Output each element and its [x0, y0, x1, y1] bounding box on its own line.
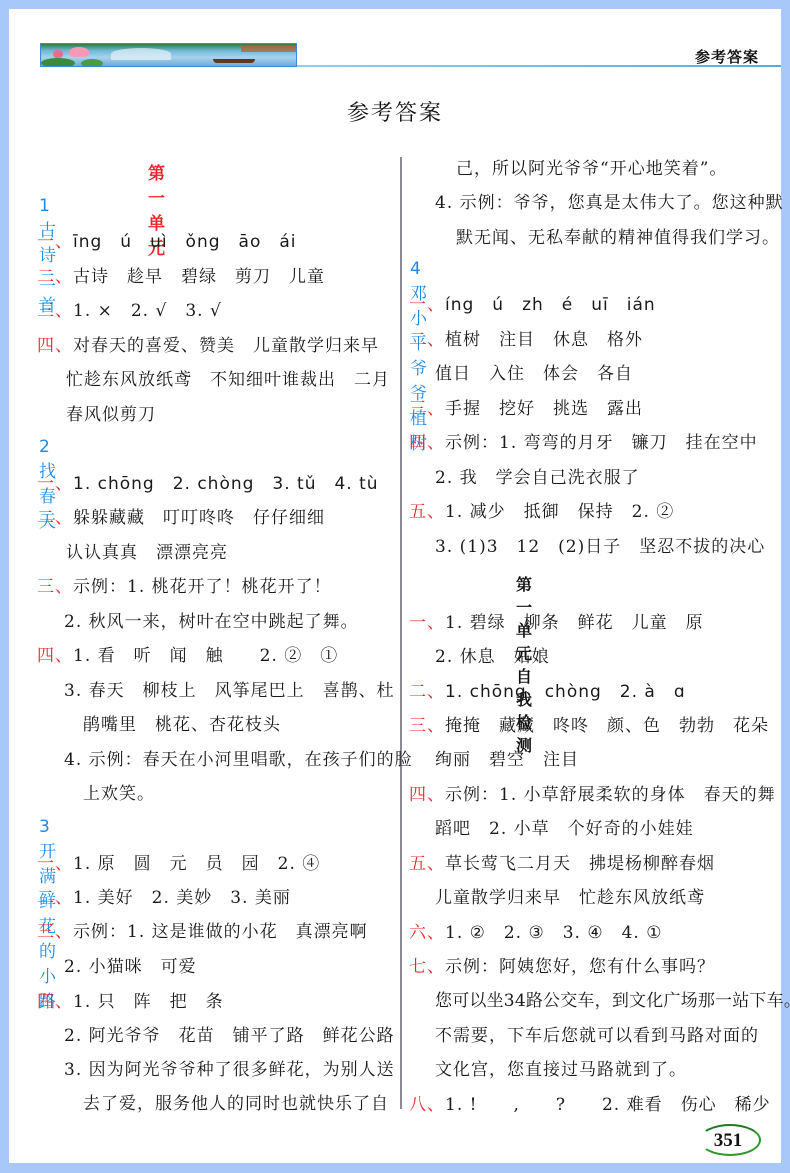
question-marker: 七、: [409, 957, 445, 977]
answer-text: 1. ② 2. ③ 3. ④ 4. ①: [445, 923, 662, 943]
answer-line: 五、1. 减少 抵御 保持 2. ②: [409, 498, 674, 526]
answer-line: 忙趁东风放纸鸢 不知细叶谁裁出 二月: [66, 366, 390, 394]
answer-text: 草长莺飞二月天 拂堤杨柳醉春烟: [445, 854, 715, 874]
answer-line: 二、1. 美好 2. 美妙 3. 美丽: [37, 884, 291, 912]
question-marker: 五、: [409, 502, 445, 522]
answer-line: 值日 入住 体会 各自: [435, 360, 633, 388]
answer-line: 您可以坐34路公交车，到文化广场那一站下车。: [435, 987, 790, 1015]
bridge-shape: [241, 46, 296, 52]
boat-icon: [213, 59, 255, 63]
answer-line: 默无闻、无私奉献的精神值得我们学习。: [456, 224, 780, 252]
answer-text: 示例：1. 桃花开了！桃花开了！: [73, 577, 332, 597]
question-marker: 八、: [409, 1095, 445, 1115]
answer-line: 四、1. 只 阵 把 条: [37, 988, 224, 1016]
question-marker: 二、: [37, 508, 73, 528]
answer-text: 1. 减少 抵御 保持 2. ②: [445, 502, 674, 522]
answer-line: 绚丽 碧空 注目: [435, 746, 579, 774]
question-marker: 二、: [37, 267, 73, 287]
answer-text: 1. × 2. √ 3. √: [73, 301, 222, 321]
answer-line: 3. (1)3 12 (2)日子 坚忍不拔的决心: [435, 533, 765, 561]
page-number: 351: [699, 1130, 757, 1152]
answer-line: 三、掩掩 藏藏 咚咚 颜、色 勃勃 花朵: [409, 712, 769, 740]
answer-text: 示例：1. 这是谁做的小花 真漂亮啊: [73, 922, 368, 942]
question-marker: 四、: [37, 336, 73, 356]
answer-text: 对春天的喜爱、赞美 儿童散学归来早: [73, 336, 379, 356]
answer-line: 2. 小猫咪 可爱: [64, 953, 197, 981]
answer-text: 1. ! , ? 2. 难看 伤心 稀少: [445, 1095, 771, 1115]
answer-line: 四、示例：1. 小草舒展柔软的身体 春天的舞: [409, 781, 776, 809]
answer-line: 五、草长莺飞二月天 拂堤杨柳醉春烟: [409, 850, 715, 878]
answer-line: 鹃嘴里 桃花、杏花枝头: [83, 711, 281, 739]
answer-line: 七、示例：阿姨您好，您有什么事吗？: [409, 953, 715, 981]
answer-line: 2. 休息 姑娘: [435, 643, 550, 671]
column-divider: [400, 157, 402, 1109]
lesson-number: 3: [39, 817, 65, 837]
answer-page: 参考答案 参考答案 第一单元 1古诗二首 一、īng ú uì ǒng āo á…: [9, 9, 781, 1163]
question-marker: 三、: [409, 399, 445, 419]
lesson-number: 1: [39, 196, 65, 216]
answer-line: 文化宫，您直接过马路就到了。: [435, 1056, 687, 1084]
answer-text: 示例：1. 弯弯的月牙 镰刀 挂在空中: [445, 433, 758, 453]
answer-line: 2. 秋风一来，树叶在空中跳起了舞。: [64, 608, 359, 636]
answer-text: 示例：1. 小草舒展柔软的身体 春天的舞: [445, 785, 776, 805]
page-title: 参考答案: [9, 96, 781, 127]
lotus-flower-icon: [69, 47, 89, 57]
question-marker: 一、: [409, 613, 445, 633]
answer-text: 1. chōng chòng 2. à ɑ: [445, 682, 686, 702]
answer-text: 示例：阿姨您好，您有什么事吗？: [445, 957, 715, 977]
question-marker: 一、: [409, 295, 445, 315]
answer-line: 去了爱，服务他人的同时也就快乐了自: [83, 1090, 389, 1118]
answer-line: 三、手握 挖好 挑选 露出: [409, 395, 643, 423]
question-marker: 三、: [37, 301, 73, 321]
answer-text: 掩掩 藏藏 咚咚 颜、色 勃勃 花朵: [445, 716, 769, 736]
answer-text: 古诗 趁早 碧绿 剪刀 儿童: [73, 267, 325, 287]
answer-text: 植树 注目 休息 格外: [445, 330, 643, 350]
running-head: 参考答案: [695, 46, 759, 67]
lotus-leaf-icon: [41, 58, 75, 67]
answer-text: 手握 挖好 挑选 露出: [445, 399, 643, 419]
question-marker: 四、: [37, 646, 73, 666]
answer-line: 三、示例：1. 这是谁做的小花 真漂亮啊: [37, 918, 368, 946]
page-number-badge: 351: [699, 1124, 763, 1158]
answer-line: 春风似剪刀: [66, 401, 156, 429]
answer-text: íng ú zh é uī ián: [445, 295, 656, 315]
question-marker: 四、: [409, 785, 445, 805]
answer-line: 认认真真 漂漂亮亮: [66, 539, 228, 567]
answer-line: 四、1. 看 听 闻 触 2. ② ①: [37, 642, 338, 670]
question-marker: 一、: [37, 474, 73, 494]
answer-line: 4. 示例：春天在小河里唱歌，在孩子们的脸: [64, 746, 413, 774]
answer-line: 一、1. chōng 2. chòng 3. tǔ 4. tù: [37, 470, 379, 498]
answer-line: 2. 我 学会自己洗衣服了: [435, 464, 640, 492]
question-marker: 四、: [37, 992, 73, 1012]
lotus-leaf-icon: [81, 59, 103, 67]
answer-line: 六、1. ② 2. ③ 3. ④ 4. ①: [409, 919, 662, 947]
answer-line: 四、示例：1. 弯弯的月牙 镰刀 挂在空中: [409, 429, 758, 457]
banner-hill-shape: [111, 48, 171, 60]
question-marker: 三、: [409, 716, 445, 736]
answer-line: 二、1. chōng chòng 2. à ɑ: [409, 678, 686, 706]
question-marker: 一、: [37, 232, 73, 252]
lesson-number: 2: [39, 437, 65, 457]
answer-text: 1. 看 听 闻 触 2. ② ①: [73, 646, 338, 666]
answer-line: 蹈吧 2. 小草 个好奇的小娃娃: [435, 815, 694, 843]
header-banner-image: [40, 43, 297, 67]
answer-text: 1. 碧绿 柳条 鲜花 儿童 原: [445, 613, 704, 633]
answer-line: 3. 因为阿光爷爷种了很多鲜花，为别人送: [64, 1056, 395, 1084]
answer-line: 八、1. ! , ? 2. 难看 伤心 稀少: [409, 1091, 771, 1119]
lotus-flower-icon: [53, 50, 63, 58]
answer-text: 1. 只 阵 把 条: [73, 992, 224, 1012]
answer-line: 一、1. 碧绿 柳条 鲜花 儿童 原: [409, 609, 704, 637]
question-marker: 五、: [409, 854, 445, 874]
answer-line: 四、对春天的喜爱、赞美 儿童散学归来早: [37, 332, 379, 360]
answer-text: īng ú uì ǒng āo ái: [73, 232, 297, 252]
answer-line: 一、1. 原 圆 元 员 园 2. ④: [37, 850, 320, 878]
question-marker: 三、: [37, 922, 73, 942]
answer-text: 躲躲藏藏 叮叮咚咚 仔仔细细: [73, 508, 325, 528]
question-marker: 六、: [409, 923, 445, 943]
question-marker: 二、: [409, 682, 445, 702]
answer-text: 1. 原 圆 元 员 园 2. ④: [73, 854, 320, 874]
answer-line: 三、1. × 2. √ 3. √: [37, 297, 222, 325]
answer-line: 儿童散学归来早 忙趁东风放纸鸢: [435, 884, 705, 912]
answer-line: 2. 阿光爷爷 花苗 铺平了路 鲜花公路: [64, 1022, 395, 1050]
question-marker: 四、: [409, 433, 445, 453]
answer-line: 己，所以阿光爷爷“开心地笑着”。: [456, 155, 727, 183]
answer-line: 一、íng ú zh é uī ián: [409, 291, 656, 319]
answer-line: 二、躲躲藏藏 叮叮咚咚 仔仔细细: [37, 504, 325, 532]
question-marker: 二、: [37, 888, 73, 908]
question-marker: 三、: [37, 577, 73, 597]
lesson-heading: 3开满鲜花的小路: [39, 817, 65, 1012]
lesson-number: 4: [410, 259, 436, 279]
answer-line: 不需要，下车后您就可以看到马路对面的: [435, 1022, 759, 1050]
question-marker: 一、: [37, 854, 73, 874]
lesson-heading: 4邓小平爷爷植树: [410, 259, 436, 454]
question-marker: 二、: [409, 330, 445, 350]
answer-line: 4. 示例：爷爷，您真是太伟大了。您这种默: [435, 189, 784, 217]
answer-line: 一、īng ú uì ǒng āo ái: [37, 228, 297, 256]
answer-line: 三、示例：1. 桃花开了！桃花开了！: [37, 573, 332, 601]
answer-text: 1. 美好 2. 美妙 3. 美丽: [73, 888, 291, 908]
answer-line: 上欢笑。: [83, 780, 155, 808]
answer-line: 二、植树 注目 休息 格外: [409, 326, 643, 354]
answer-text: 1. chōng 2. chòng 3. tǔ 4. tù: [73, 474, 379, 494]
answer-line: 3. 春天 柳枝上 风筝尾巴上 喜鹊、杜: [64, 677, 395, 705]
answer-line: 二、古诗 趁早 碧绿 剪刀 儿童: [37, 263, 325, 291]
